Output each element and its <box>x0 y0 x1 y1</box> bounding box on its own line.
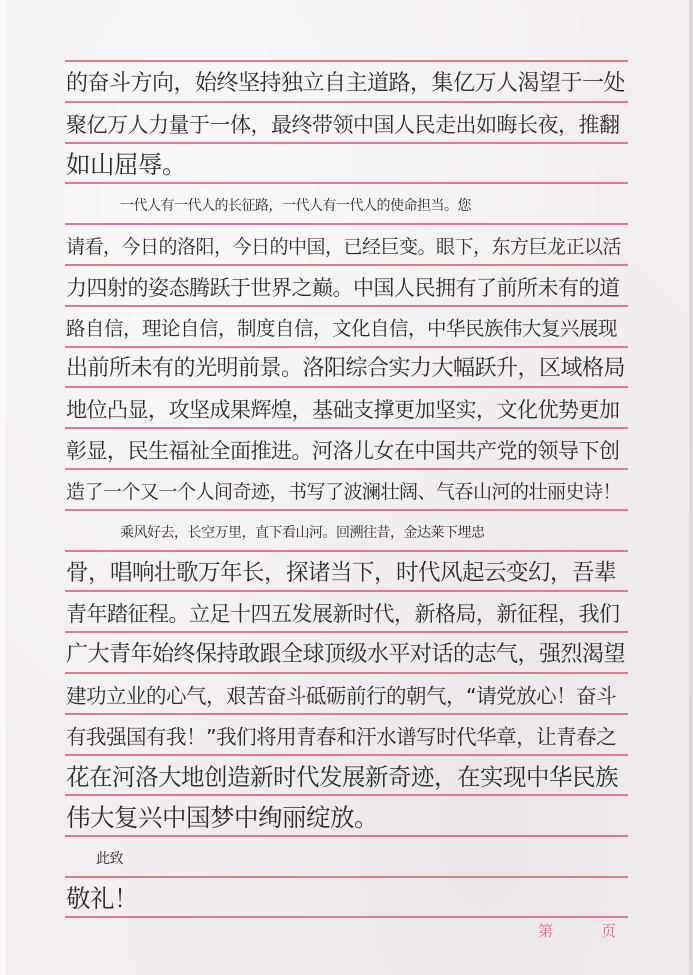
text-row: 如山屈辱。 <box>66 147 628 183</box>
text-row: 聚亿万人力量于一体，最终带领中国人民走出如晦长夜，推翻 <box>66 107 628 143</box>
text-row: 广大青年始终保持敢跟全球顶级水平对话的志气，强烈渴望 <box>66 637 628 673</box>
closing-regards: 敬礼！ <box>66 881 628 917</box>
text-row: 彰显，民生福祉全面推进。河洛儿女在中国共产党的领导下创 <box>66 433 628 469</box>
text-row: 路自信，理论自信，制度自信，文化自信，中华民族伟大复兴展现 <box>66 311 628 347</box>
paragraph-start-row: 一代人有一代人的长征路，一代人有一代人的使命担当。您 <box>66 188 682 224</box>
text-row: 伟大复兴中国梦中绚丽绽放。 <box>66 800 628 836</box>
text-row: 花在河洛大地创造新时代发展新奇迹，在实现中华民族 <box>66 759 628 795</box>
text-row: 造了一个又一个人间奇迹，书写了波澜壮阔、气吞山河的壮丽史诗！ <box>66 474 628 510</box>
paper-right-edge <box>689 0 693 975</box>
paragraph-start-row: 乘风好去，长空万里，直下看山河。回溯往昔，金达莱下埋忠 <box>66 515 682 551</box>
paper-left-edge <box>0 0 6 975</box>
text-row: 请看，今日的洛阳，今日的中国，已经巨变。眼下，东方巨龙正以活 <box>66 229 628 265</box>
text-row: 力四射的姿态腾跃于世界之巅。中国人民拥有了前所未有的道 <box>66 270 628 306</box>
text-row: 建功立业的心气，艰苦奋斗砥砺前行的朝气，“请党放心！奋斗 <box>66 678 628 714</box>
text-row: 骨，唱响壮歌万年长，探诸当下，时代风起云变幻，吾辈 <box>66 555 628 591</box>
text-row: 出前所未有的光明前景。洛阳综合实力大幅跃升，区域格局 <box>66 351 628 387</box>
page-label-ye: 页 <box>601 920 616 941</box>
text-row: 青年踏征程。立足十四五发展新时代，新格局，新征程，我们 <box>66 596 628 632</box>
text-row: 有我强国有我！”我们将用青春和汗水谱写时代华章，让青春之 <box>66 719 628 755</box>
text-row: 的奋斗方向，始终坚持独立自主道路，集亿万人渴望于一处 <box>66 66 628 102</box>
ruled-line <box>65 60 628 62</box>
text-row: 地位凸显，攻坚成果辉煌，基础支撑更加坚实，文化优势更加 <box>66 392 628 428</box>
page-label-di: 第 <box>538 920 553 941</box>
letter-page: 的奋斗方向，始终坚持独立自主道路，集亿万人渴望于一处 聚亿万人力量于一体，最终带… <box>0 0 693 975</box>
closing-salutation: 此致 <box>66 841 658 877</box>
